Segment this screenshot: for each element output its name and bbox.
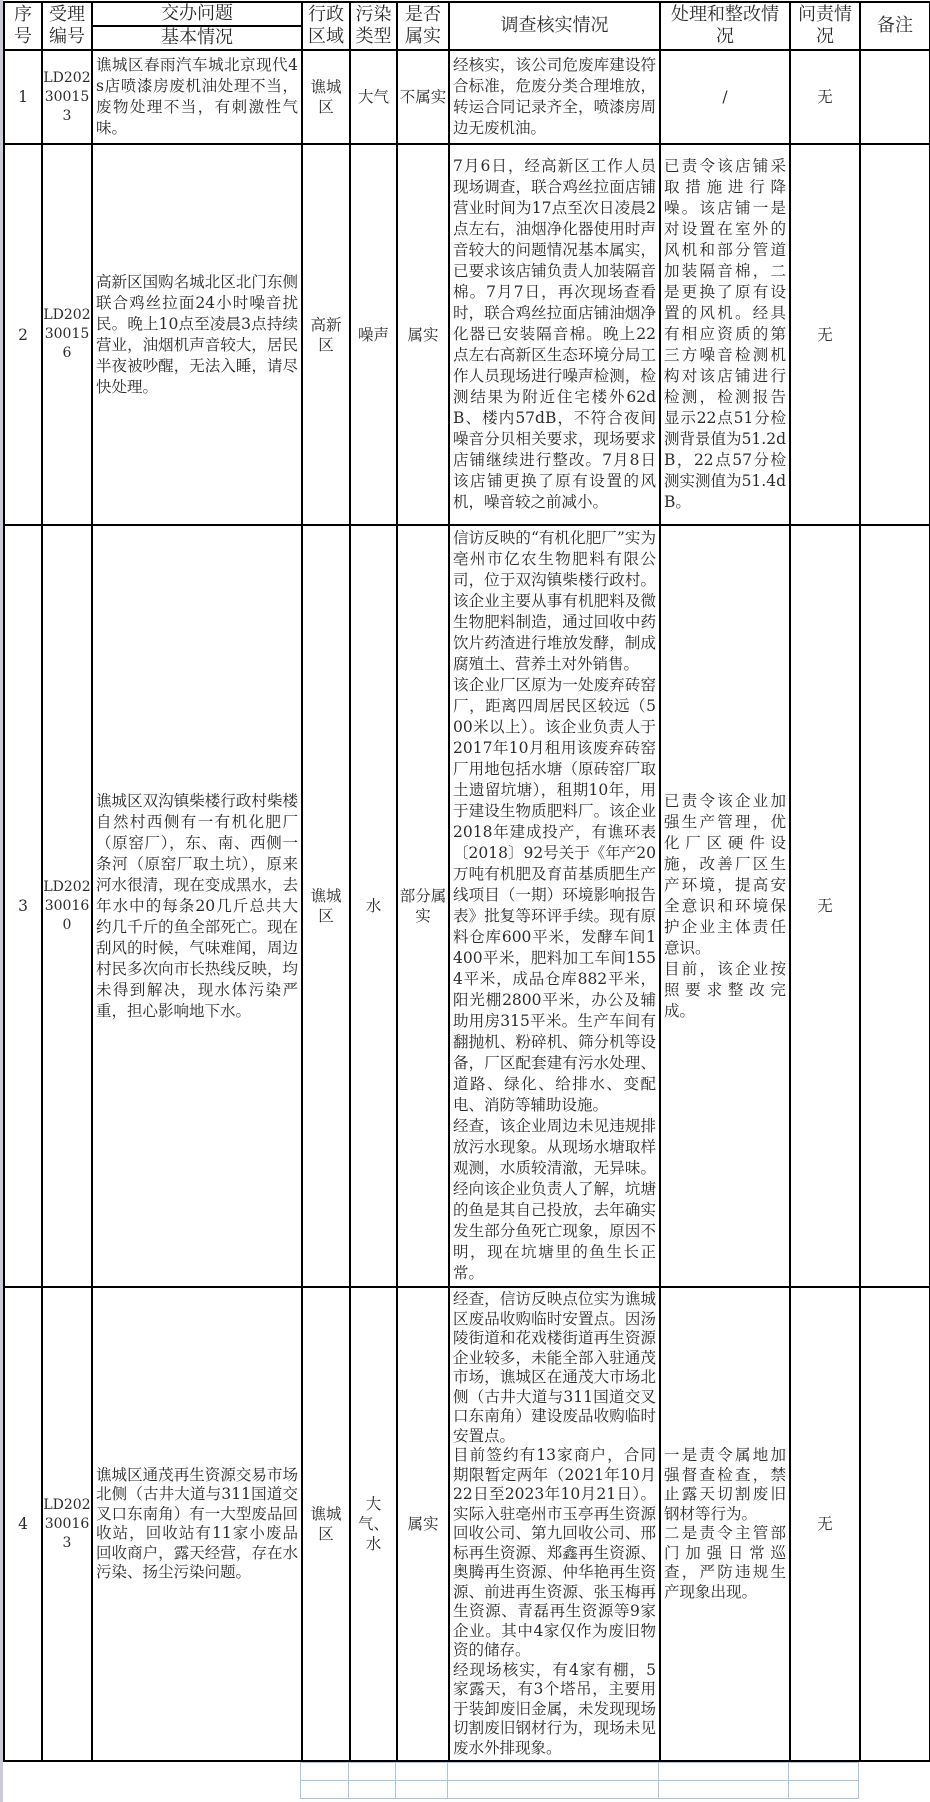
- header-is-verified[interactable]: 是否属实: [397, 2, 449, 50]
- cell-pollution-type[interactable]: 大气、水: [350, 1287, 397, 1761]
- cell-seq[interactable]: 1: [4, 50, 42, 144]
- cell-investigation[interactable]: 7月6日，经高新区工作人员现场调查，联合鸡丝拉面店铺营业时间为17点至次日凌晨2…: [449, 144, 660, 525]
- table-row-3: 3 LD202300160 谯城区双沟镇柴楼行政村柴楼自然村西侧有一有机化肥厂（…: [4, 525, 930, 1287]
- empty-spreadsheet-cells[interactable]: [301, 1763, 859, 1799]
- cell-case-no[interactable]: LD202300160: [42, 525, 92, 1287]
- header-investigation[interactable]: 调查核实情况: [449, 2, 660, 50]
- cell-case-no[interactable]: LD202300156: [42, 144, 92, 525]
- cell-remark[interactable]: [860, 1287, 930, 1761]
- cell-is-verified[interactable]: 属实: [397, 1287, 449, 1761]
- complaint-table: 序号 受理编号 交办问题 行政区域 污染类型 是否属实 调查核实情况 处理和整改…: [3, 1, 930, 1762]
- table-row-4: 4 LD202300163 谯城区通茂再生资源交易市场北侧（古井大道与311国道…: [4, 1287, 930, 1761]
- header-case-no[interactable]: 受理编号: [42, 2, 92, 50]
- table-header: 序号 受理编号 交办问题 行政区域 污染类型 是否属实 调查核实情况 处理和整改…: [4, 2, 930, 50]
- cell-problem[interactable]: 谯城区春雨汽车城北京现代4s店喷漆房废机油处理不当，废物处理不当，有刺激性气味。: [92, 50, 302, 144]
- header-problem-group[interactable]: 交办问题: [92, 2, 302, 26]
- cell-pollution-type[interactable]: 大气: [350, 50, 397, 144]
- header-remark[interactable]: 备注: [860, 2, 930, 50]
- header-accountability[interactable]: 问责情况: [790, 2, 860, 50]
- cell-region[interactable]: 谯城区: [302, 1287, 350, 1761]
- cell-problem[interactable]: 谯城区双沟镇柴楼行政村柴楼自然村西侧有一有机化肥厂（原窑厂），东、南、西侧一条河…: [92, 525, 302, 1287]
- header-problem-sub[interactable]: 基本情况: [92, 26, 302, 50]
- cell-problem[interactable]: 高新区国购名城北区北门东侧联合鸡丝拉面24小时噪音扰民。晚上10点至凌晨3点持续…: [92, 144, 302, 525]
- cell-seq[interactable]: 2: [4, 144, 42, 525]
- cell-handling[interactable]: 一是责令属地加强督查检查，禁止露天切割废旧钢材等行为。 二是责令主管部门加强日常…: [660, 1287, 790, 1761]
- cell-accountability[interactable]: 无: [790, 50, 860, 144]
- cell-pollution-type[interactable]: 水: [350, 525, 397, 1287]
- cell-remark[interactable]: [860, 525, 930, 1287]
- header-pollution-type[interactable]: 污染类型: [350, 2, 397, 50]
- cell-investigation[interactable]: 经核实，该公司危废库建设符合标准，危废分类合理堆放，转运合同记录齐全，喷漆房周边…: [449, 50, 660, 144]
- cell-remark[interactable]: [860, 144, 930, 525]
- spreadsheet-page: 序号 受理编号 交办问题 行政区域 污染类型 是否属实 调查核实情况 处理和整改…: [0, 0, 930, 1802]
- cell-investigation[interactable]: 经查，信访反映点位实为谯城区废品收购临时安置点。因汤陵街道和花戏楼街道再生资源企…: [449, 1287, 660, 1761]
- cell-region[interactable]: 高新区: [302, 144, 350, 525]
- cell-is-verified[interactable]: 部分属实: [397, 525, 449, 1287]
- cell-handling[interactable]: /: [660, 50, 790, 144]
- cell-handling[interactable]: 已责令该店铺采取措施进行降噪。该店铺一是对设置在室外的风机和部分管道加装隔音棉，…: [660, 144, 790, 525]
- table-row-1: 1 LD202300153 谯城区春雨汽车城北京现代4s店喷漆房废机油处理不当，…: [4, 50, 930, 144]
- cell-seq[interactable]: 3: [4, 525, 42, 1287]
- cell-remark[interactable]: [860, 50, 930, 144]
- cell-investigation[interactable]: 信访反映的“有机化肥厂”实为亳州市亿农生物肥料有限公司，位于双沟镇柴楼行政村。该…: [449, 525, 660, 1287]
- cell-accountability[interactable]: 无: [790, 525, 860, 1287]
- cell-is-verified[interactable]: 属实: [397, 144, 449, 525]
- cell-case-no[interactable]: LD202300153: [42, 50, 92, 144]
- cell-case-no[interactable]: LD202300163: [42, 1287, 92, 1761]
- cell-accountability[interactable]: 无: [790, 144, 860, 525]
- header-region[interactable]: 行政区域: [302, 2, 350, 50]
- cell-is-verified[interactable]: 不属实: [397, 50, 449, 144]
- cell-problem[interactable]: 谯城区通茂再生资源交易市场北侧（古井大道与311国道交叉口东南角）有一大型废品回…: [92, 1287, 302, 1761]
- cell-pollution-type[interactable]: 噪声: [350, 144, 397, 525]
- cell-region[interactable]: 谯城区: [302, 50, 350, 144]
- header-seq[interactable]: 序号: [4, 2, 42, 50]
- cell-seq[interactable]: 4: [4, 1287, 42, 1761]
- header-handling[interactable]: 处理和整改情况: [660, 2, 790, 50]
- cell-accountability[interactable]: 无: [790, 1287, 860, 1761]
- cell-handling[interactable]: 已责令该企业加强生产管理，优化厂区硬件设施，改善厂区生产环境，提高安全意识和环境…: [660, 525, 790, 1287]
- table-row-2: 2 LD202300156 高新区国购名城北区北门东侧联合鸡丝拉面24小时噪音扰…: [4, 144, 930, 525]
- cell-region[interactable]: 谯城区: [302, 525, 350, 1287]
